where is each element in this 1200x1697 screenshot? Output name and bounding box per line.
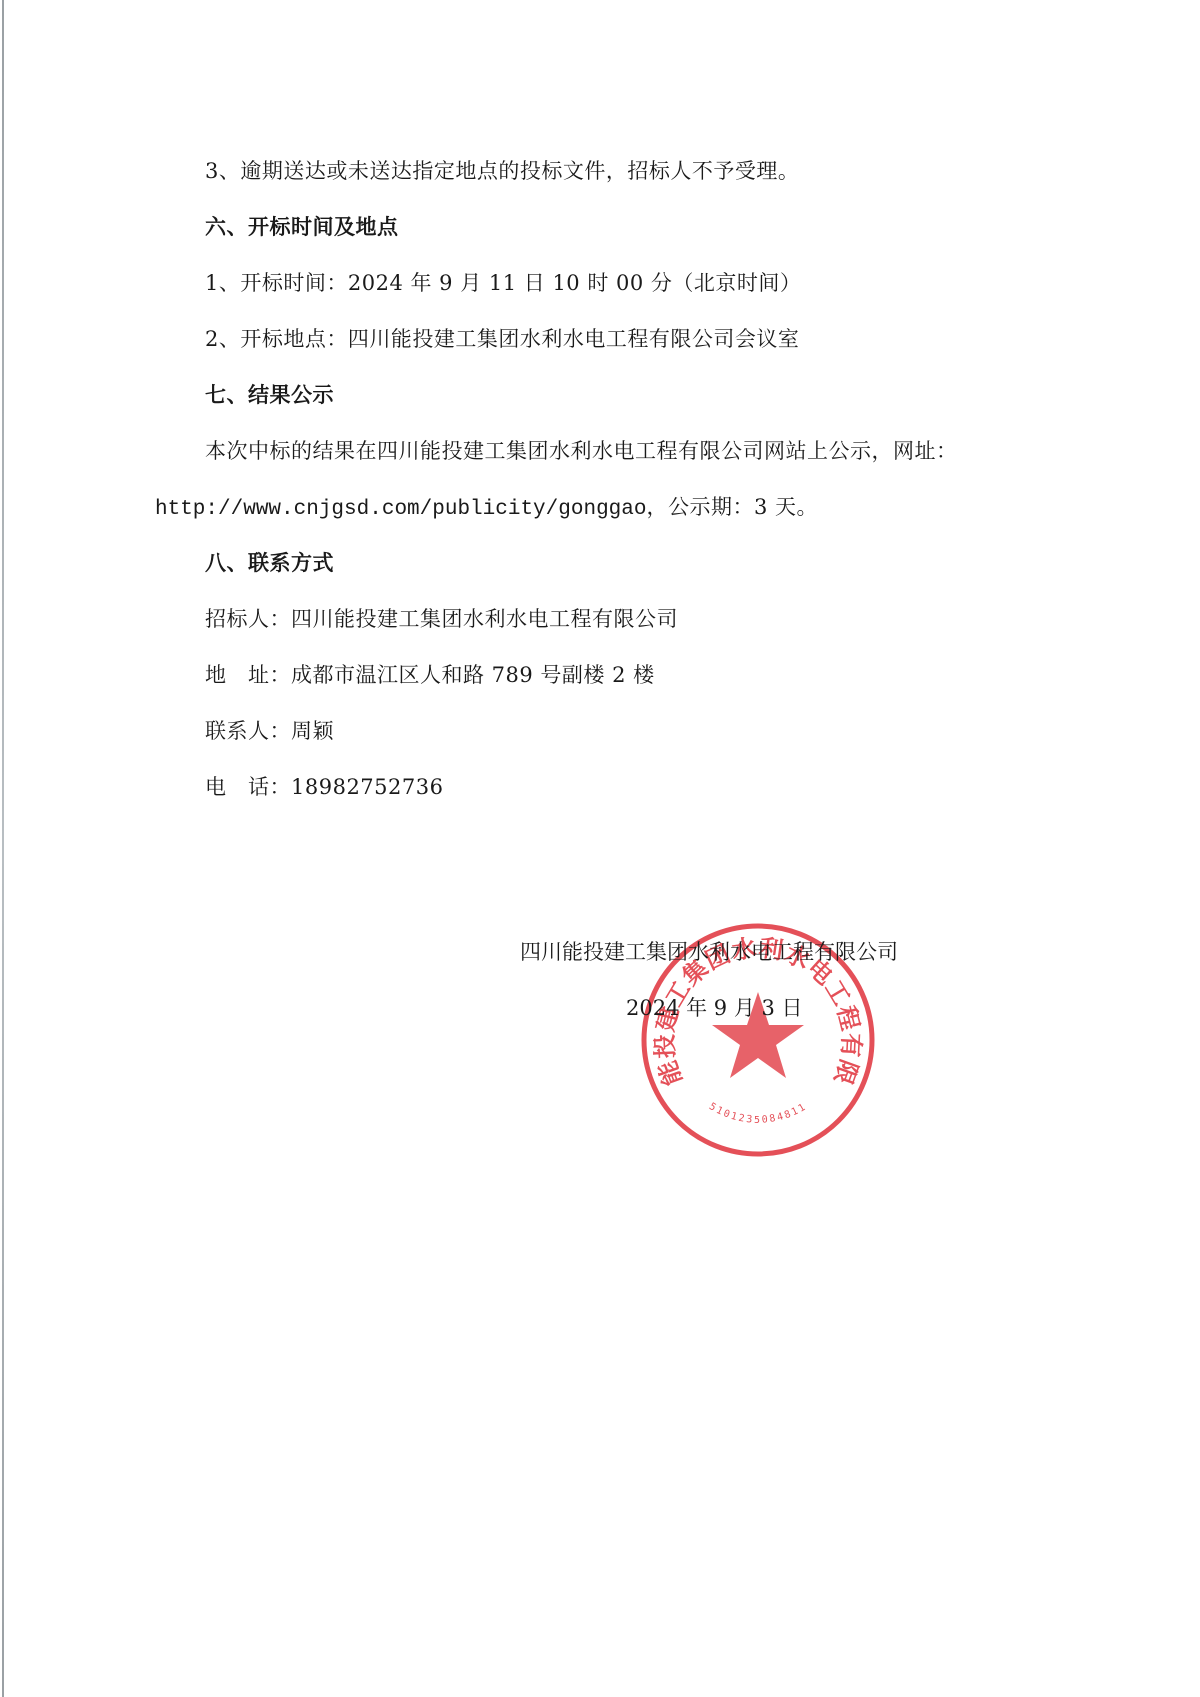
- item-bid-opening-place: 2、开标地点：四川能投建工集团水利水电工程有限公司会议室: [205, 325, 799, 353]
- contact-label: 电 话: [205, 775, 270, 799]
- document-page: 3、逾期送达或未送达指定地点的投标文件，招标人不予受理。 六、开标时间及地点 1…: [0, 0, 1200, 1697]
- contact-value: 周颖: [291, 719, 334, 743]
- contact-row-phone: 电 话：18982752736: [205, 773, 443, 801]
- contact-row-person: 联系人：周颖: [205, 717, 334, 745]
- publicity-period-text: ，公示期：3 天。: [646, 495, 818, 519]
- contact-label: 招标人: [205, 607, 270, 631]
- result-publicity-url-line: http://www.cnjgsd.com/publicity/gonggao，…: [155, 493, 818, 524]
- contact-value: 四川能投建工集团水利水电工程有限公司: [291, 607, 678, 631]
- item-bid-opening-time: 1、开标时间：2024 年 9 月 11 日 10 时 00 分（北京时间）: [205, 269, 801, 297]
- contact-label: 地 址: [205, 663, 270, 687]
- contact-label: 联系人: [205, 719, 270, 743]
- section-heading-contact: 八、联系方式: [205, 549, 334, 577]
- publicity-url-link[interactable]: http://www.cnjgsd.com/publicity/gonggao: [155, 498, 646, 521]
- contact-separator: ：: [270, 663, 292, 687]
- contact-row-address: 地 址：成都市温江区人和路 789 号副楼 2 楼: [205, 661, 655, 689]
- contact-separator: ：: [270, 607, 292, 631]
- result-publicity-paragraph: 本次中标的结果在四川能投建工集团水利水电工程有限公司网站上公示，网址：: [205, 437, 958, 465]
- signature-date: 2024 年 9 月 3 日: [626, 994, 803, 1022]
- svg-text:5101235084811: 5101235084811: [707, 1101, 809, 1126]
- signature-company-name: 四川能投建工集团水利水电工程有限公司: [520, 938, 898, 966]
- contact-row-tenderer: 招标人：四川能投建工集团水利水电工程有限公司: [205, 605, 678, 633]
- item-late-submission: 3、逾期送达或未送达指定地点的投标文件，招标人不予受理。: [205, 157, 799, 185]
- contact-value: 成都市温江区人和路 789 号副楼 2 楼: [291, 663, 655, 687]
- contact-separator: ：: [270, 775, 292, 799]
- seal-serial-number: 5101235084811: [707, 1101, 809, 1126]
- section-heading-bid-opening: 六、开标时间及地点: [205, 213, 399, 241]
- section-heading-result-publicity: 七、结果公示: [205, 381, 334, 409]
- contact-separator: ：: [270, 719, 292, 743]
- contact-value: 18982752736: [291, 775, 443, 799]
